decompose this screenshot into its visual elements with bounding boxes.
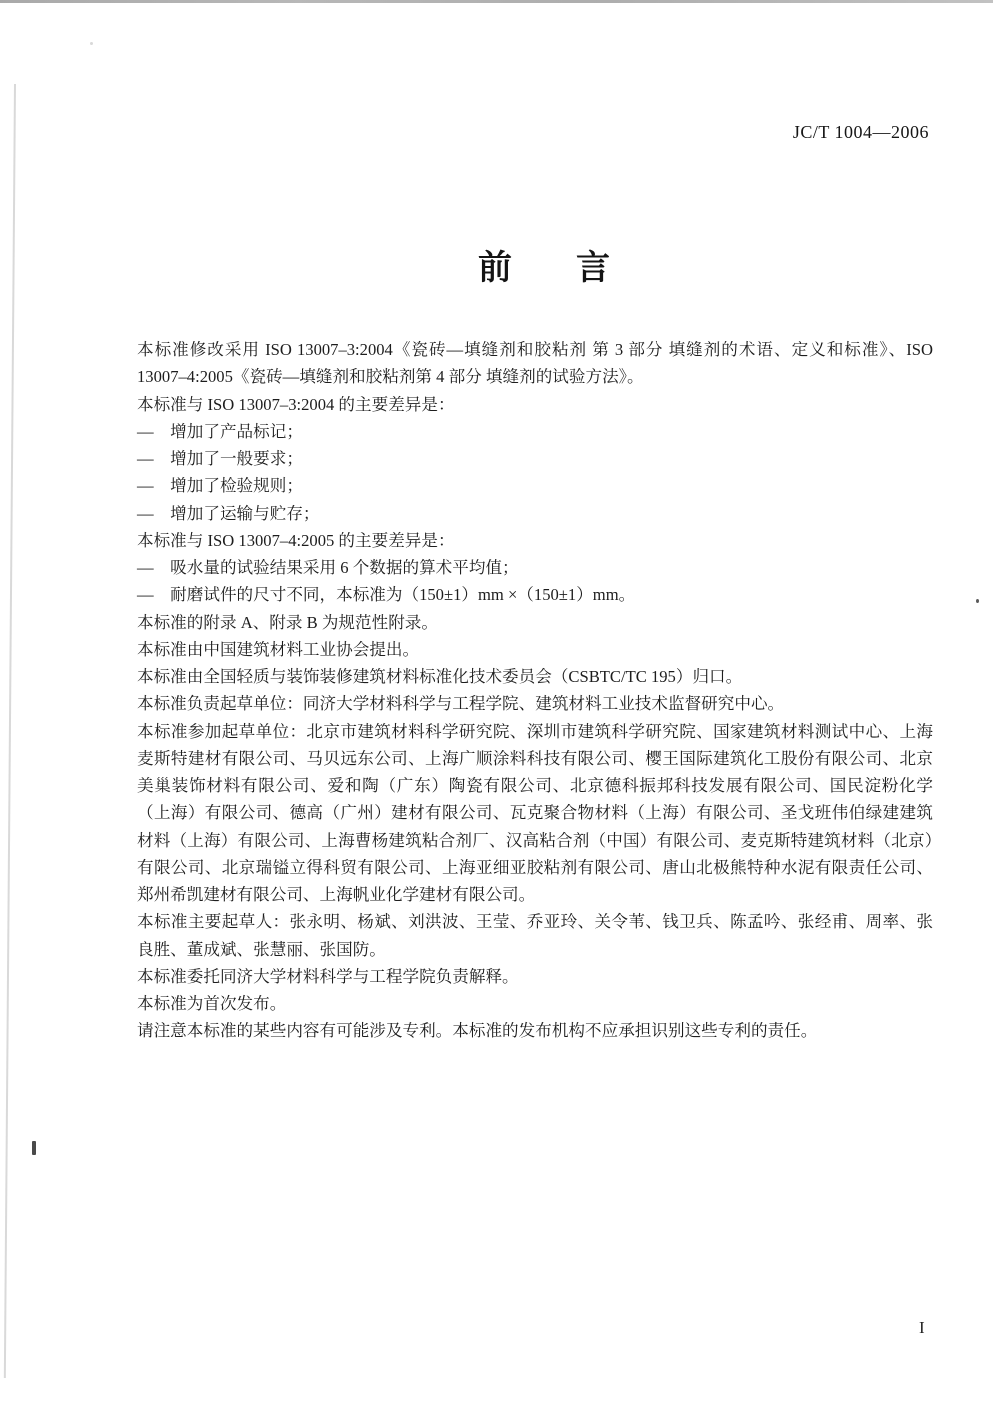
foreword-paragraph: — 吸水量的试验结果采用 6 个数据的算术平均值； [137, 554, 933, 581]
foreword-paragraph: — 增加了检验规则； [137, 472, 933, 499]
foreword-paragraph: — 增加了一般要求； [137, 445, 933, 472]
foreword-body: 本标准修改采用 ISO 13007–3:2004《瓷砖—填缝剂和胶粘剂 第 3 … [137, 336, 933, 1045]
scanned-page: JC/T 1004—2006 前 言 本标准修改采用 ISO 13007–3:2… [0, 0, 993, 1403]
scan-speck-right [976, 599, 979, 603]
scan-speck-top [90, 42, 93, 45]
foreword-paragraph: 本标准与 ISO 13007–4:2005 的主要差异是： [137, 527, 933, 554]
page-title-char-left: 前 [478, 240, 512, 289]
foreword-paragraph: 本标准参加起草单位：北京市建筑材料科学研究院、深圳市建筑科学研究院、国家建筑材料… [137, 718, 933, 909]
page-number: I [919, 1318, 925, 1338]
foreword-paragraph: 本标准主要起草人：张永明、杨斌、刘洪波、王莹、乔亚玲、关令苇、钱卫兵、陈孟吟、张… [137, 908, 933, 963]
scan-left-streak [4, 84, 16, 1378]
foreword-paragraph: — 增加了运输与贮存； [137, 500, 933, 527]
foreword-paragraph: 本标准由全国轻质与装饰装修建筑材料标准化技术委员会（CSBTC/TC 195）归… [137, 663, 933, 690]
scan-margin-mark [32, 1141, 36, 1155]
foreword-paragraph: 本标准与 ISO 13007–3:2004 的主要差异是： [137, 391, 933, 418]
foreword-paragraph: 本标准修改采用 ISO 13007–3:2004《瓷砖—填缝剂和胶粘剂 第 3 … [137, 336, 933, 391]
standard-code: JC/T 1004—2006 [793, 122, 929, 143]
foreword-paragraph: 本标准委托同济大学材料科学与工程学院负责解释。 [137, 963, 933, 990]
foreword-paragraph: 本标准的附录 A、附录 B 为规范性附录。 [137, 609, 933, 636]
foreword-paragraph: — 增加了产品标记； [137, 418, 933, 445]
foreword-paragraph: — 耐磨试件的尺寸不同，本标准为（150±1）mm ×（150±1）mm。 [137, 581, 933, 608]
foreword-paragraph: 请注意本标准的某些内容有可能涉及专利。本标准的发布机构不应承担识别这些专利的责任… [137, 1017, 933, 1044]
foreword-paragraph: 本标准负责起草单位：同济大学材料科学与工程学院、建筑材料工业技术监督研究中心。 [137, 690, 933, 717]
page-title: 前 言 [478, 240, 610, 289]
scan-top-edge-line [0, 0, 993, 3]
foreword-paragraph: 本标准由中国建筑材料工业协会提出。 [137, 636, 933, 663]
page-title-char-right: 言 [576, 240, 610, 289]
foreword-paragraph: 本标准为首次发布。 [137, 990, 933, 1017]
